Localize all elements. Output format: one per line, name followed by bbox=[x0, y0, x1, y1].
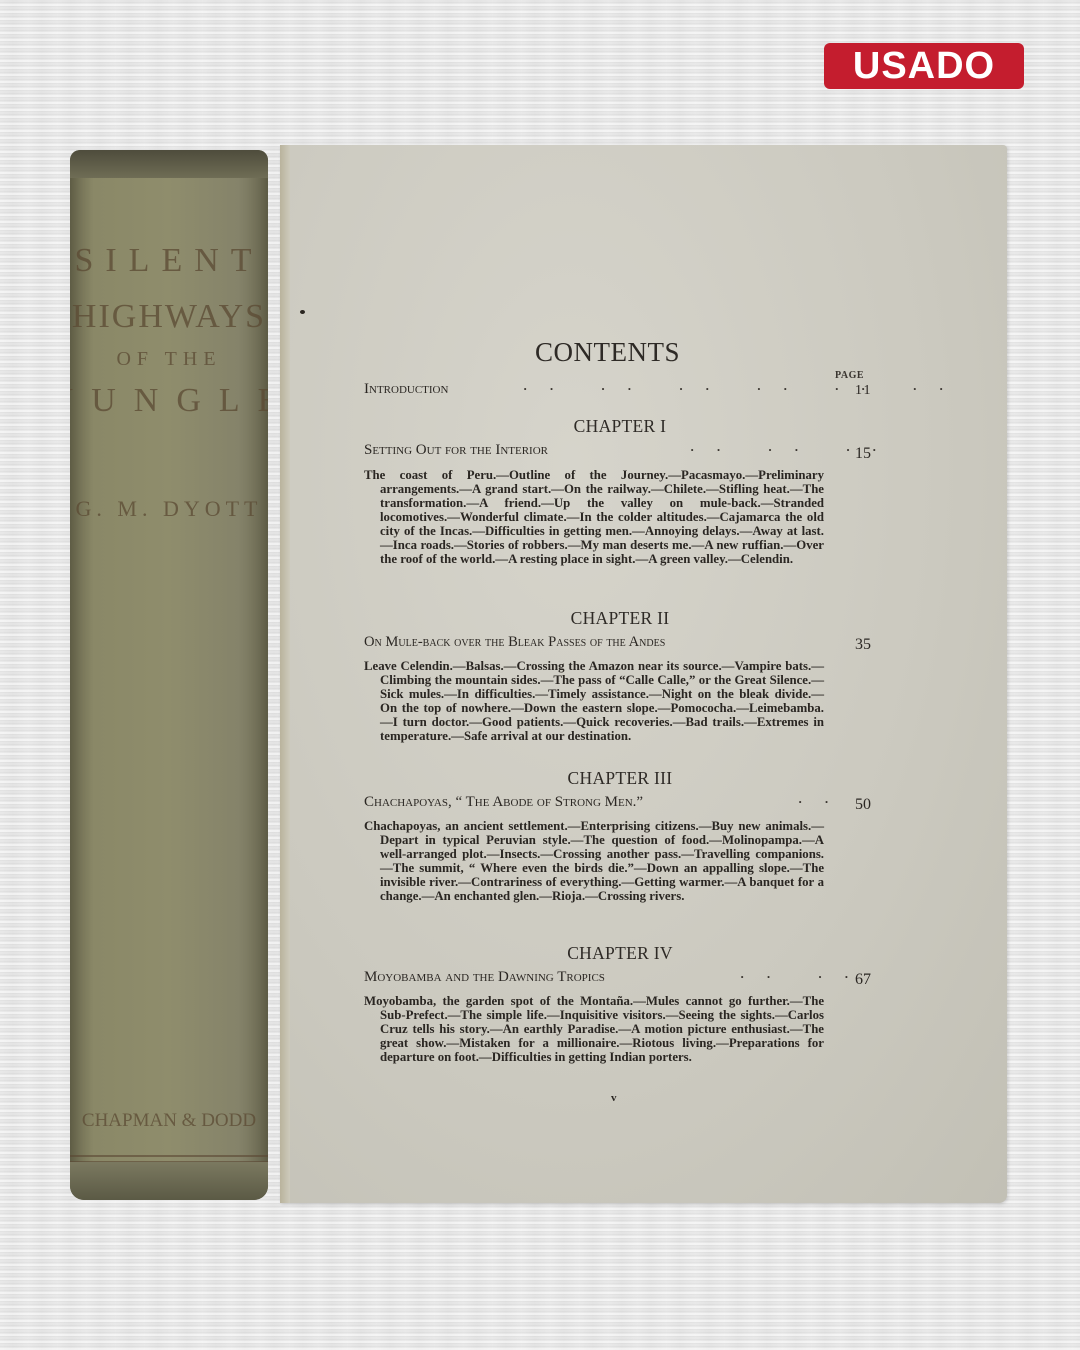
spine-rule bbox=[70, 1161, 268, 1163]
spine-rule bbox=[70, 1155, 268, 1157]
chapter-summary: Leave Celendin.—Balsas.—Crossing the Ama… bbox=[364, 659, 824, 743]
page-number: 35 bbox=[855, 636, 871, 654]
page-column-label: PAGE bbox=[835, 370, 864, 381]
toc-entry-chapter-3[interactable]: Chachapoyas, “ The Abode of Strong Men.” bbox=[364, 794, 643, 811]
chapter-heading: CHAPTER III bbox=[280, 768, 960, 789]
ink-spot bbox=[300, 310, 305, 314]
leader-dots: ·· bbox=[798, 794, 851, 810]
spine-title-line-1: SILENT bbox=[70, 242, 268, 280]
toc-entry-chapter-1[interactable]: Setting Out for the Interior bbox=[364, 442, 548, 459]
chapter-summary: Moyobamba, the garden spot of the Montañ… bbox=[364, 994, 824, 1064]
page-title: CONTENTS bbox=[535, 337, 680, 368]
folio-number: v bbox=[611, 1092, 617, 1104]
spine-title-line-4: JUNGLE bbox=[70, 382, 268, 420]
contents-page: CONTENTS PAGE Introduction ·· ·· ·· ·· ·… bbox=[280, 145, 1007, 1203]
chapter-summary: Chachapoyas, an ancient settlement.—Ente… bbox=[364, 819, 824, 903]
page-number: 67 bbox=[855, 971, 871, 989]
spine-author: G. M. DYOTT bbox=[70, 496, 268, 522]
page-number: 15 bbox=[855, 445, 871, 463]
chapter-summary: The coast of Peru.—Outline of the Journe… bbox=[364, 468, 824, 566]
spine-publisher: CHAPMAN & DODD bbox=[70, 1110, 268, 1132]
leader-dots: ·· ·· ·· ·· ·· ·· bbox=[523, 381, 965, 397]
leader-dots: ·· ·· bbox=[740, 969, 871, 985]
book-spine: SILENT HIGHWAYS OF THE JUNGLE G. M. DYOT… bbox=[70, 150, 268, 1200]
spine-title-line-2: HIGHWAYS bbox=[70, 298, 268, 336]
page-number: 11 bbox=[855, 383, 872, 399]
toc-entry-introduction[interactable]: Introduction bbox=[364, 381, 448, 398]
chapter-heading: CHAPTER IV bbox=[280, 943, 960, 964]
condition-badge: USADO bbox=[824, 43, 1024, 89]
page-number: 50 bbox=[855, 796, 871, 814]
chapter-heading: CHAPTER I bbox=[280, 416, 960, 437]
toc-entry-chapter-4[interactable]: Moyobamba and the Dawning Tropics bbox=[364, 969, 605, 986]
chapter-heading: CHAPTER II bbox=[280, 608, 960, 629]
spine-title-line-3: OF THE bbox=[70, 348, 268, 371]
toc-entry-chapter-2[interactable]: On Mule-back over the Bleak Passes of th… bbox=[364, 634, 665, 651]
